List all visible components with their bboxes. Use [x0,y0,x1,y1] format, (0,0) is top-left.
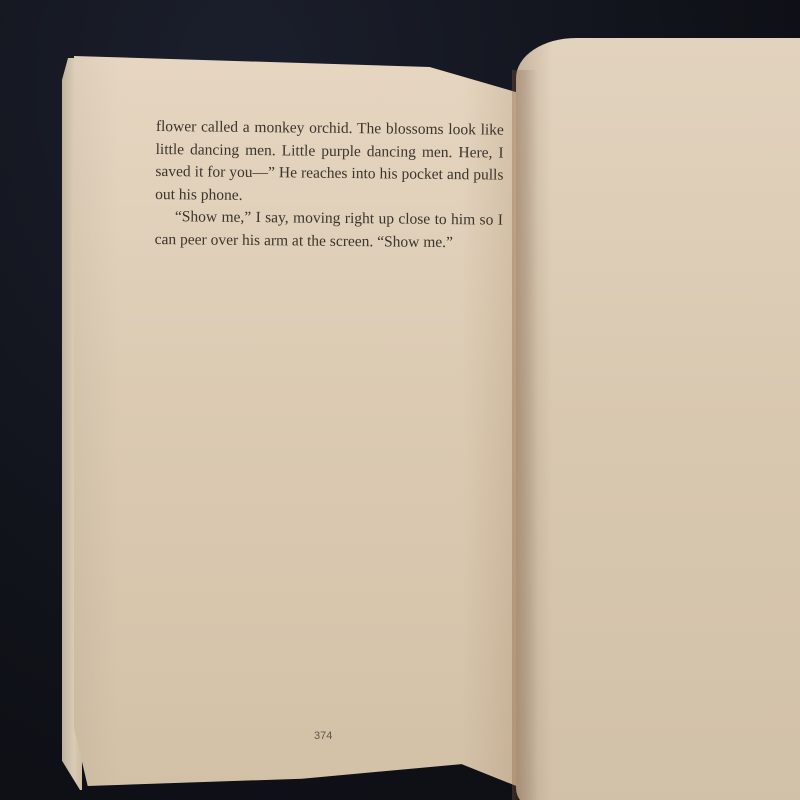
open-book: flower called a monkey orchid. The bloss… [0,0,800,800]
paragraph-dialogue: “Show me,” I say, moving right up close … [155,206,503,255]
paragraph-continuation: flower called a monkey orchid. The bloss… [155,116,504,210]
book-gutter [512,70,538,800]
left-page-text: flower called a monkey orchid. The bloss… [155,116,504,255]
page-number: 374 [314,730,332,742]
right-page-blank [516,38,800,800]
